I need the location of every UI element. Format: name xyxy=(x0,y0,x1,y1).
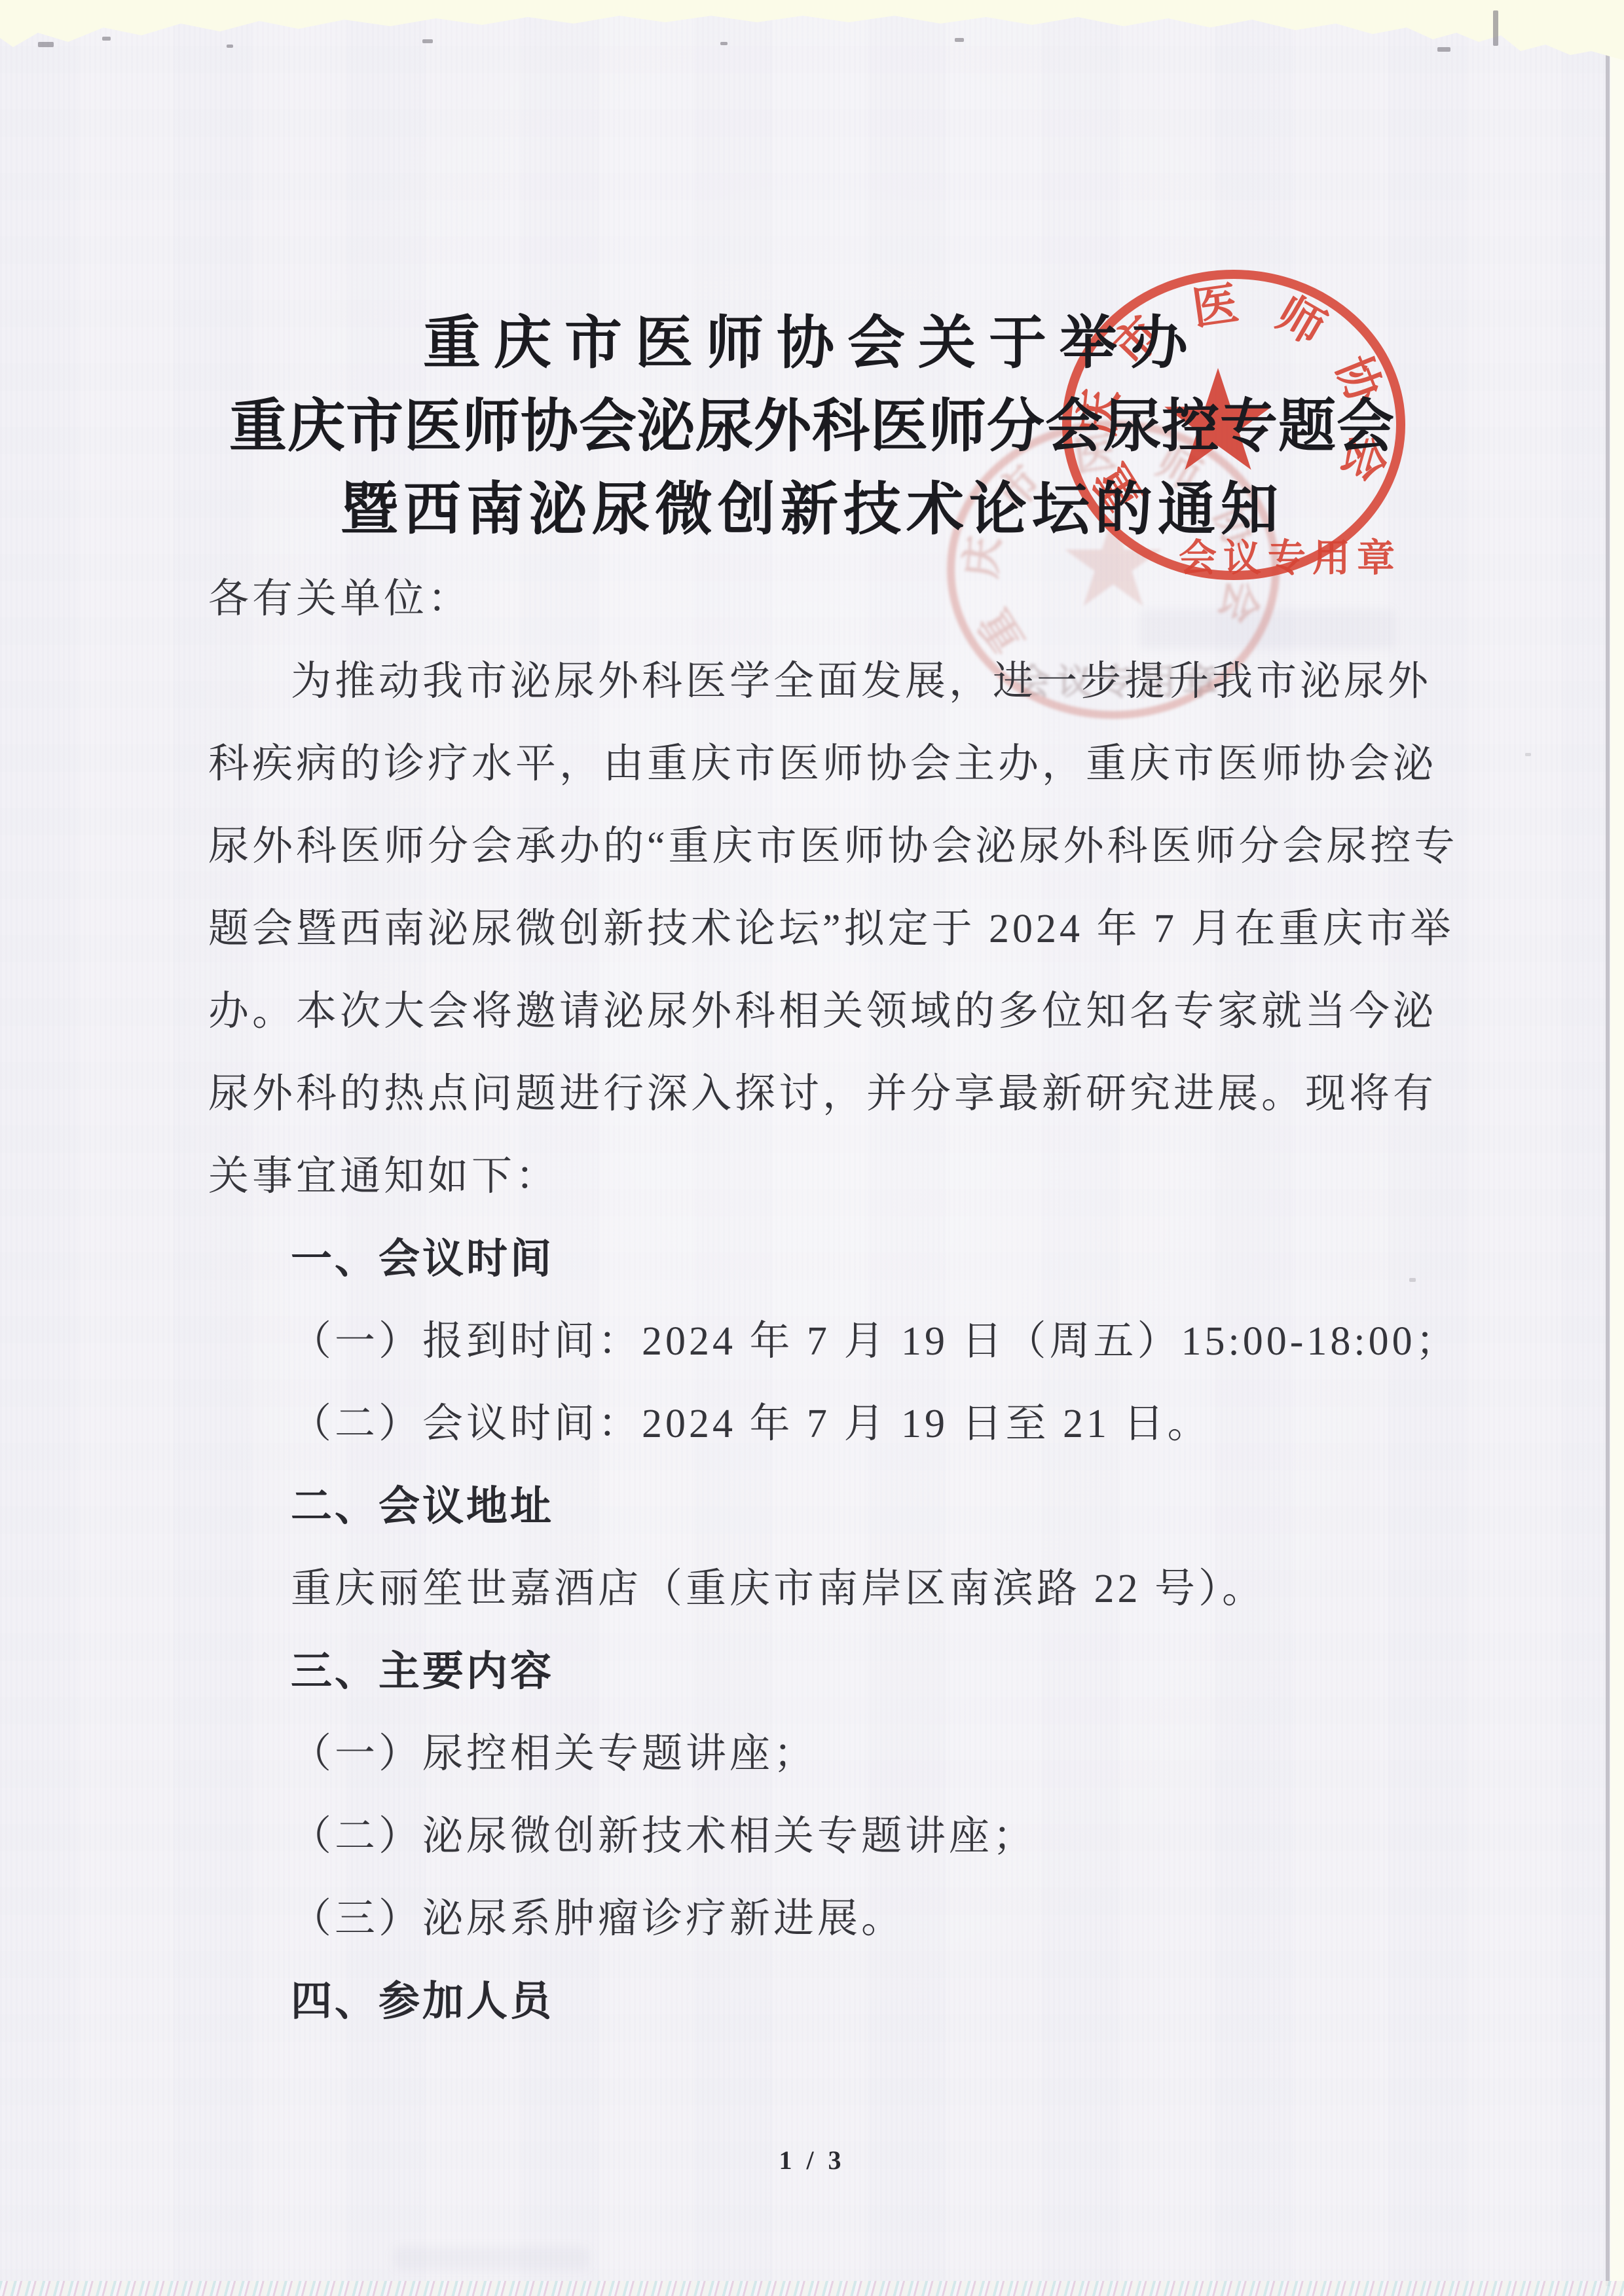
scan-speck-artifact xyxy=(955,38,964,42)
scan-speck-artifact xyxy=(102,37,111,41)
section-heading-participants: 四、参加人员 xyxy=(208,1960,1459,2043)
paragraph-line: 关事宜通知如下： xyxy=(208,1135,1459,1218)
paragraph-line: 尿外科医师分会承办的“重庆市医师协会泌尿外科医师分会尿控专 xyxy=(208,805,1459,888)
scan-speck-artifact xyxy=(422,39,433,43)
scanner-margin-artifact xyxy=(1610,0,1624,2296)
section-item: （一）尿控相关专题讲座； xyxy=(208,1713,1459,1795)
scan-speck-artifact xyxy=(720,42,728,45)
scan-speck-artifact xyxy=(1525,753,1531,756)
scan-edge-line-artifact xyxy=(1606,38,1610,2286)
title-line-3: 暨西南泌尿微创新技术论坛的通知 xyxy=(0,469,1624,552)
title-line-2: 重庆市医师协会泌尿外科医师分会尿控专题会 xyxy=(0,386,1624,469)
bleed-through-artifact xyxy=(393,2247,589,2269)
section-item: （二）会议时间：2024 年 7 月 19 日至 21 日。 xyxy=(208,1383,1459,1465)
section-item: （三）泌尿系肿瘤诊疗新进展。 xyxy=(208,1878,1459,1960)
torn-top-edge-artifact xyxy=(0,0,1624,63)
scan-bottom-noise-artifact xyxy=(0,2281,1624,2296)
notice-body: 各有关单位： 为推动我市泌尿外科医学全面发展，进一步提升我市泌尿外 科疾病的诊疗… xyxy=(208,558,1459,2043)
section-item: （一）报到时间：2024 年 7 月 19 日（周五）15:00-18:00； xyxy=(208,1300,1459,1383)
notice-title: 重庆市医师协会关于举办 重庆市医师协会泌尿外科医师分会尿控专题会 暨西南泌尿微创… xyxy=(0,302,1624,552)
scan-speck-artifact xyxy=(227,45,233,48)
scan-speck-artifact xyxy=(1409,1278,1416,1282)
paragraph-line: 为推动我市泌尿外科医学全面发展，进一步提升我市泌尿外 xyxy=(208,640,1459,723)
paragraph-line: 科疾病的诊疗水平，由重庆市医师协会主办，重庆市医师协会泌 xyxy=(208,723,1459,805)
scan-speck-artifact xyxy=(38,42,54,47)
scan-speck-artifact xyxy=(1493,10,1498,46)
salutation: 各有关单位： xyxy=(208,558,1459,640)
scan-speck-artifact xyxy=(1437,47,1450,52)
scanned-notice-page: 重 庆 市 医 师 协 会 会议专用章 重 庆 市 医 师 协 会 会议专用章 … xyxy=(0,0,1624,2296)
title-line-1: 重庆市医师协会关于举办 xyxy=(0,302,1624,386)
paragraph-line: 尿外科的热点问题进行深入探讨，并分享最新研究进展。现将有 xyxy=(208,1053,1459,1135)
section-item: 重庆丽笙世嘉酒店（重庆市南岸区南滨路 22 号）。 xyxy=(208,1548,1459,1630)
paragraph-line: 办。本次大会将邀请泌尿外科相关领域的多位知名专家就当今泌 xyxy=(208,970,1459,1053)
page-number: 1 / 3 xyxy=(0,2145,1624,2176)
paragraph-line: 题会暨西南泌尿微创新技术论坛”拟定于 2024 年 7 月在重庆市举 xyxy=(208,888,1459,970)
section-heading-meeting-time: 一、会议时间 xyxy=(208,1218,1459,1300)
section-heading-meeting-address: 二、会议地址 xyxy=(208,1465,1459,1548)
section-item: （二）泌尿微创新技术相关专题讲座； xyxy=(208,1795,1459,1878)
section-heading-main-content: 三、主要内容 xyxy=(208,1630,1459,1713)
